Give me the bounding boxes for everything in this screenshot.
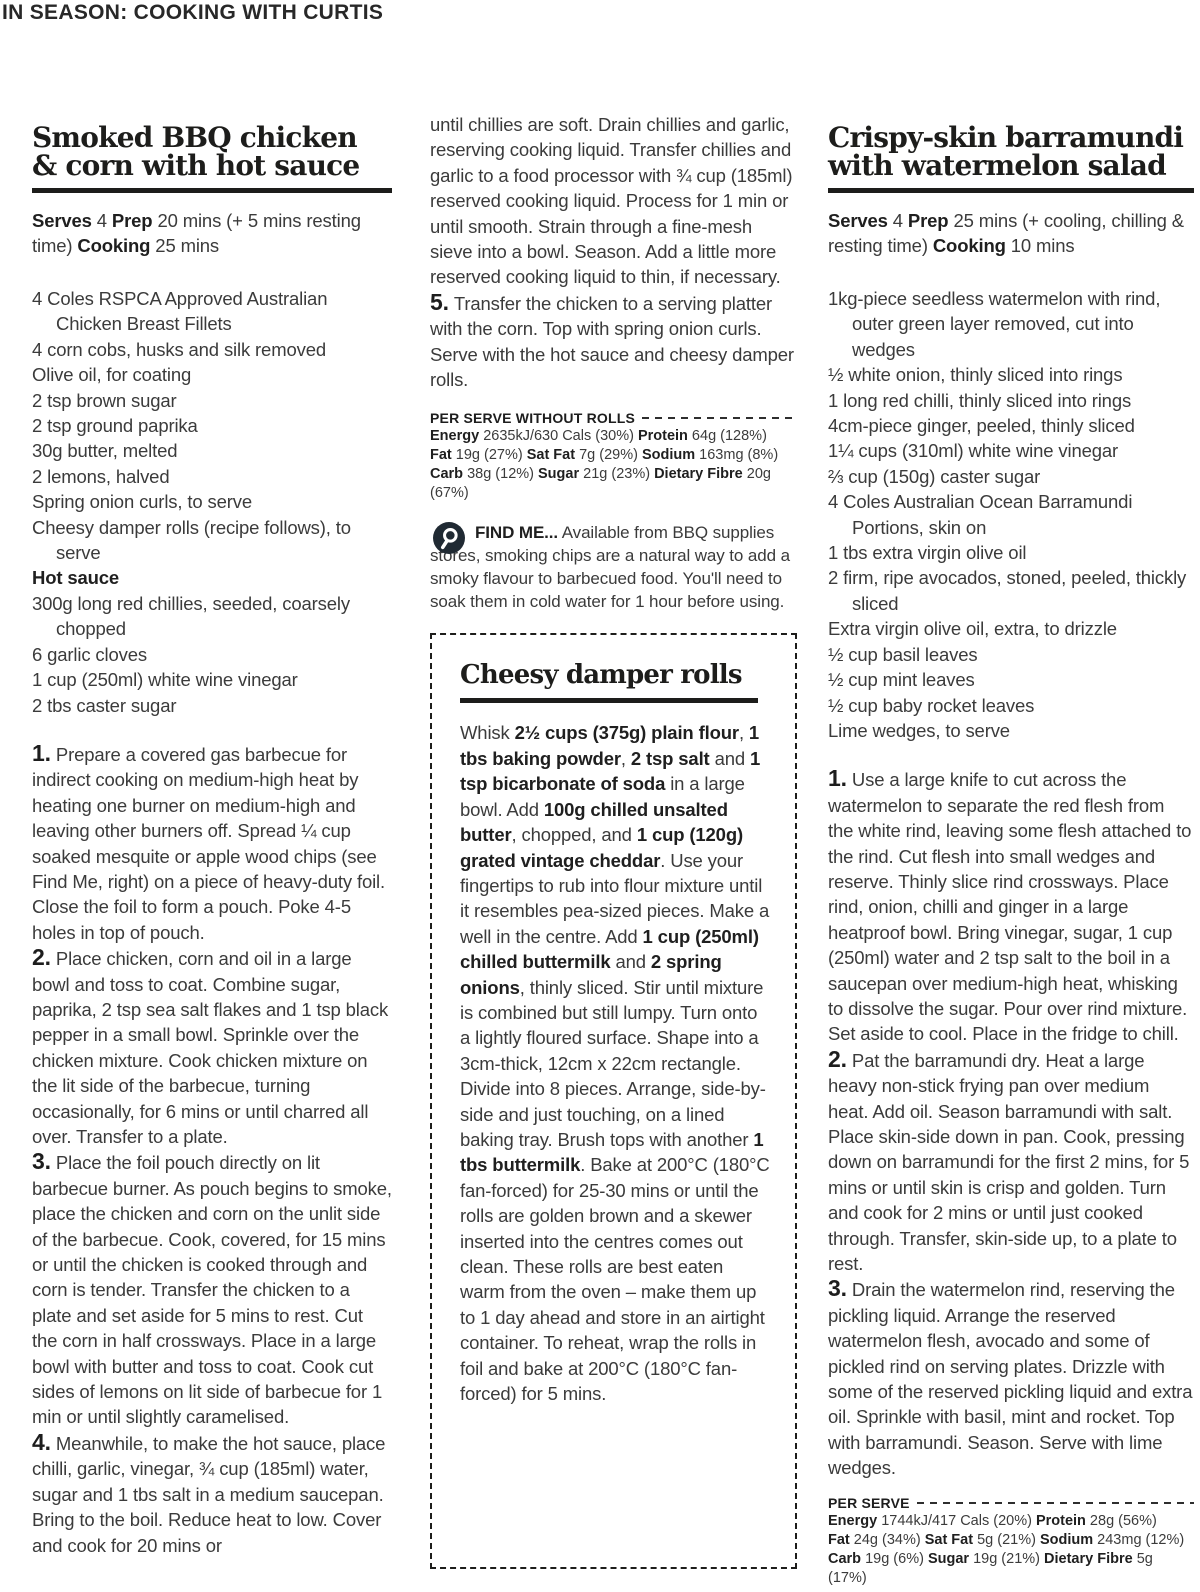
ingredient-item: 2 tsp brown sugar	[32, 388, 392, 413]
title-line: & corn with hot sauce	[32, 152, 392, 180]
step-number: 1.	[32, 740, 56, 766]
method-step: 5.Transfer the chicken to a serving plat…	[430, 290, 797, 393]
ingredient-list-barramundi: 1kg-piece seedless watermelon with rind,…	[828, 286, 1194, 743]
ingredient-list-bbq: 4 Coles RSPCA Approved Australian Chicke…	[32, 286, 392, 718]
ingredient-item: Extra virgin olive oil, extra, to drizzl…	[828, 616, 1194, 641]
ingredient-item: 4cm-piece ginger, peeled, thinly sliced	[828, 413, 1194, 438]
title-rule	[32, 188, 392, 193]
nutrition-heading-label: PER SERVE	[828, 1494, 910, 1512]
ingredient-item: ⅔ cup (150g) caster sugar	[828, 464, 1194, 489]
ingredient-item: ½ cup mint leaves	[828, 667, 1194, 692]
recipe-meta-barramundi: Serves 4 Prep 25 mins (+ cooling, chilli…	[828, 208, 1194, 258]
step-number: 5.	[430, 289, 454, 315]
method-step: 4.Meanwhile, to make the hot sauce, plac…	[32, 1430, 392, 1558]
find-me-magnifier-icon	[433, 522, 465, 554]
title-rule	[828, 188, 1194, 193]
recipe-title-bbq-chicken: Smoked BBQ chicken & corn with hot sauce	[32, 124, 392, 180]
recipe-meta-bbq: Serves 4 Prep 20 mins (+ 5 mins resting …	[32, 208, 392, 258]
method-step-continuation: until chillies are soft. Drain chillies …	[430, 112, 797, 290]
ingredient-item: 1¼ cups (310ml) white wine vinegar	[828, 438, 1194, 463]
ingredient-subhead: Hot sauce	[32, 565, 392, 590]
ingredient-item: Spring onion curls, to serve	[32, 489, 392, 514]
column-middle: until chillies are soft. Drain chillies …	[430, 112, 797, 1569]
method-step: 3.Place the foil pouch directly on lit b…	[32, 1149, 392, 1429]
ingredient-item: 2 tsp ground paprika	[32, 413, 392, 438]
nutrition-panel-barramundi: PER SERVE Energy 1744kJ/417 Cals (20%) P…	[828, 1494, 1194, 1588]
recipe-title-barramundi: Crispy-skin barramundi with watermelon s…	[828, 124, 1194, 180]
ingredient-item: ½ cup baby rocket leaves	[828, 693, 1194, 718]
damper-recipe-text: Whisk 2½ cups (375g) plain flour, 1 tbs …	[460, 720, 771, 1406]
dashed-divider	[642, 417, 797, 419]
ingredient-item: Cheesy damper rolls (recipe follows), to…	[32, 515, 392, 566]
ingredient-item: 1 tbs extra virgin olive oil	[828, 540, 1194, 565]
column-right: Crispy-skin barramundi with watermelon s…	[828, 112, 1194, 1588]
title-line: Smoked BBQ chicken	[32, 124, 392, 152]
title-line: Crispy-skin barramundi	[828, 124, 1194, 152]
ingredient-item: 1kg-piece seedless watermelon with rind,…	[828, 286, 1194, 362]
method-list-bbq: 1.Prepare a covered gas barbecue for ind…	[32, 741, 392, 1558]
ingredient-item: 6 garlic cloves	[32, 642, 392, 667]
column-left: Smoked BBQ chicken & corn with hot sauce…	[32, 112, 392, 1558]
nutrition-line: Carb 38g (12%) Sugar 21g (23%) Dietary F…	[430, 465, 797, 503]
method-list-bbq-continued: 5.Transfer the chicken to a serving plat…	[430, 290, 797, 393]
step-number: 1.	[828, 765, 852, 791]
ingredient-item: Olive oil, for coating	[32, 362, 392, 387]
title-rule	[460, 698, 758, 703]
find-me-text: FIND ME... Available from BBQ supplies s…	[430, 521, 797, 613]
method-step: 2.Place chicken, corn and oil in a large…	[32, 945, 392, 1149]
method-step: 2.Pat the barramundi dry. Heat a large h…	[828, 1047, 1194, 1277]
find-me-note: FIND ME... Available from BBQ supplies s…	[430, 521, 797, 613]
step-number: 2.	[828, 1046, 852, 1072]
nutrition-line: Energy 1744kJ/417 Cals (20%) Protein 28g…	[828, 1512, 1194, 1531]
ingredient-item: 4 Coles Australian Ocean Barramundi Port…	[828, 489, 1194, 540]
nutrition-heading-label: PER SERVE WITHOUT ROLLS	[430, 409, 635, 427]
method-step: 1.Prepare a covered gas barbecue for ind…	[32, 741, 392, 945]
ingredient-item: ½ cup basil leaves	[828, 642, 1194, 667]
magazine-recipe-page: IN SEASON: COOKING WITH CURTIS Smoked BB…	[0, 0, 1200, 1592]
ingredient-item: 2 firm, ripe avocados, stoned, peeled, t…	[828, 565, 1194, 616]
ingredient-item: Lime wedges, to serve	[828, 718, 1194, 743]
ingredient-item: 2 lemons, halved	[32, 464, 392, 489]
nutrition-heading: PER SERVE	[828, 1494, 1194, 1512]
ingredient-item: 2 tbs caster sugar	[32, 693, 392, 718]
step-number: 3.	[828, 1275, 852, 1301]
step-number: 4.	[32, 1429, 56, 1455]
title-line: with watermelon salad	[828, 152, 1194, 180]
nutrition-heading: PER SERVE WITHOUT ROLLS	[430, 409, 797, 427]
ingredient-item: 1 cup (250ml) white wine vinegar	[32, 667, 392, 692]
method-step: 3.Drain the watermelon rind, reserving t…	[828, 1276, 1194, 1480]
ingredient-item: ½ white onion, thinly sliced into rings	[828, 362, 1194, 387]
ingredient-item: 4 corn cobs, husks and silk removed	[32, 337, 392, 362]
method-step: 1.Use a large knife to cut across the wa…	[828, 766, 1194, 1046]
nutrition-line: Fat 24g (34%) Sat Fat 5g (21%) Sodium 24…	[828, 1531, 1194, 1550]
method-list-barramundi: 1.Use a large knife to cut across the wa…	[828, 766, 1194, 1480]
step-number: 2.	[32, 944, 56, 970]
damper-rolls-box: Cheesy damper rolls Whisk 2½ cups (375g)…	[430, 633, 797, 1569]
ingredient-item: 300g long red chillies, seeded, coarsely…	[32, 591, 392, 642]
ingredient-item: 30g butter, melted	[32, 438, 392, 463]
dashed-divider	[917, 1502, 1194, 1504]
step-number: 3.	[32, 1148, 56, 1174]
section-kicker: IN SEASON: COOKING WITH CURTIS	[2, 0, 383, 26]
nutrition-panel-bbq: PER SERVE WITHOUT ROLLS Energy 2635kJ/63…	[430, 409, 797, 503]
nutrition-line: Energy 2635kJ/630 Cals (30%) Protein 64g…	[430, 427, 797, 446]
ingredient-item: 1 long red chilli, thinly sliced into ri…	[828, 388, 1194, 413]
nutrition-line: Carb 19g (6%) Sugar 19g (21%) Dietary Fi…	[828, 1550, 1194, 1588]
recipe-title-damper-rolls: Cheesy damper rolls	[460, 661, 771, 689]
ingredient-item: 4 Coles RSPCA Approved Australian Chicke…	[32, 286, 392, 337]
nutrition-line: Fat 19g (27%) Sat Fat 7g (29%) Sodium 16…	[430, 446, 797, 465]
